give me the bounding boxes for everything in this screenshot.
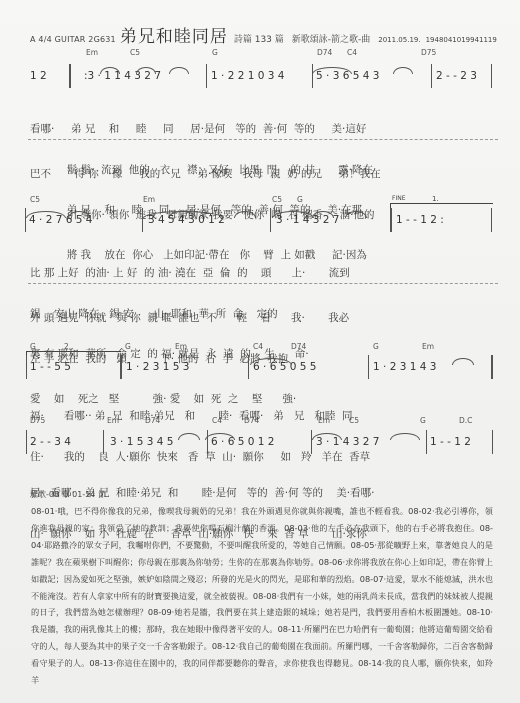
volta-2-label: 2. (64, 342, 71, 351)
barline (390, 208, 392, 232)
chord: D75 (30, 416, 45, 425)
slur (272, 211, 314, 218)
measure-notes: 1 - - 1 2 : (396, 214, 444, 226)
chord: C4 (347, 48, 357, 57)
slur (312, 433, 342, 440)
measure-notes: 1 · 2 2 1 0 3 4 (211, 70, 284, 82)
lyric-line: 外 頭 遇見 你就 與 你 親 暱‧ 誰也 不 輕 看 我‧ 我必 (30, 312, 349, 326)
chord: G (297, 195, 303, 204)
chord: G (125, 342, 131, 351)
slur (136, 67, 156, 74)
chord-row-4: D75 Em D74 C4 D74 Em C5 G D.C (0, 416, 520, 426)
barline (142, 208, 143, 232)
barline (26, 355, 27, 379)
chord: D74 (145, 416, 160, 425)
chord: C5 (349, 416, 359, 425)
slur (452, 358, 474, 365)
slur (168, 211, 196, 218)
chord: C5 (30, 195, 40, 204)
barline (491, 64, 492, 88)
chord: G (212, 48, 218, 57)
barline (248, 355, 249, 379)
barline (426, 430, 427, 454)
chord: G (30, 342, 36, 351)
chord: G (373, 342, 379, 351)
chord: Em (107, 416, 119, 425)
volta-1-label: 1. (432, 195, 439, 203)
chord: Em (318, 416, 330, 425)
chord: C4 (253, 342, 263, 351)
chord: C5 (272, 195, 282, 204)
slur (312, 211, 334, 218)
barline (103, 430, 104, 454)
barline (120, 355, 122, 379)
slur (68, 211, 90, 218)
lyric-line: 巴不 得 你 像 我的 兄 弟‧像喫 我母 親 奶 的兄 弟！我在 (30, 168, 381, 182)
chord: D74 (317, 48, 332, 57)
repeat-barline (491, 208, 492, 232)
barline (431, 64, 432, 88)
notation-row-2: 4 · 2 7 6 5 4 3 4 5 4 3 0 1 2 3 · 1 4 3 … (0, 208, 520, 232)
chord: D74 (244, 416, 259, 425)
verse-divider (28, 283, 498, 284)
chord: Em (175, 342, 187, 351)
measure-notes: 3 · 1 5 3 4 5 (110, 436, 173, 448)
barline (206, 64, 207, 88)
slur (26, 211, 66, 218)
notation-row-1: 1 2 :3 · 1 1 4 3 2 7 1 · 2 2 1 0 3 4 5 ·… (0, 64, 520, 88)
chord: C4 (212, 416, 222, 425)
song-date: 2011.05.19. (378, 36, 420, 44)
song-title: 弟兄和睦同居 (120, 22, 228, 47)
chord: D74 (291, 342, 306, 351)
chord: Em (86, 48, 98, 57)
barline (491, 355, 493, 379)
dc-marker: D.C (459, 416, 472, 425)
song-code: 1948041019941119 (426, 36, 497, 44)
barline (368, 355, 369, 379)
barline (25, 208, 26, 232)
slur (390, 433, 420, 440)
chord-row-1: Em C5 G D74 C4 D75 (0, 48, 520, 58)
song-credit: 新歌頌詠-箭之歌-曲 (292, 32, 371, 45)
measure-notes: 1 - - 1 2 (430, 436, 471, 448)
chord: Em (143, 195, 155, 204)
barline (26, 430, 27, 454)
song-sheet-page: A 4/4 GUITAR 2G631 弟兄和睦同居 詩篇 133 篇 新歌頌詠-… (0, 0, 520, 703)
scripture-reference: 雅歌-08 章 01-14 節 (30, 489, 106, 500)
slur (312, 67, 352, 74)
barline (492, 430, 493, 454)
lyric-line: 看哪‧ 弟 兄 和 睦 同 居‧是何 等的 善‧何 等的 美‧這好 (30, 123, 373, 137)
measure-notes: 1 · 2 3 1 5 3 (126, 361, 189, 373)
notation-row-3: 1 - - 5 5 1 · 2 3 1 5 3 6 · 6 5 0 5 5 1 … (0, 355, 520, 379)
song-header: A 4/4 GUITAR 2G631 弟兄和睦同居 詩篇 133 篇 新歌頌詠-… (30, 22, 502, 47)
lyric-line: 比 那 上好 的油‧ 上 好 的 油‧ 澆在 亞 倫 的 頭 上‧ 流到 (30, 267, 350, 281)
slur (205, 433, 235, 440)
chord: G (420, 416, 426, 425)
fine-marker: FINE (392, 195, 406, 202)
barline (207, 430, 208, 454)
scripture-source: 詩篇 133 篇 (234, 32, 284, 45)
measure-notes: 1 - - 5 5 (30, 361, 71, 373)
chord: D75 (421, 48, 436, 57)
measure-notes: 1 · 2 3 1 4 3 (373, 361, 436, 373)
slur (393, 67, 413, 74)
slur (250, 358, 292, 365)
verse-divider (28, 139, 498, 140)
measure-notes: 1 2 (30, 70, 47, 82)
chord: Em (422, 342, 434, 351)
scripture-text: 08-01‧哦，巴不得你像我的兄弟，像喫我母親奶的兄弟！我在外頭遇見你就與你親嘴… (31, 503, 493, 689)
barline (312, 64, 313, 88)
slur (169, 67, 189, 74)
barline (270, 208, 271, 232)
slur (178, 433, 200, 440)
measure-notes: 2 - - 3 4 (30, 436, 71, 448)
repeat-barline (69, 64, 71, 88)
notation-row-4: 2 - - 3 4 3 · 1 5 3 4 5 6 · 6 5 0 1 2 3 … (0, 430, 520, 454)
slur (345, 211, 367, 218)
chord: C5 (130, 48, 140, 57)
barline (311, 430, 312, 454)
slur (234, 211, 256, 218)
key-time-meta: A 4/4 GUITAR 2G631 (30, 35, 116, 44)
measure-notes: 2 - - 2 3 (436, 70, 477, 82)
slur (100, 67, 120, 74)
